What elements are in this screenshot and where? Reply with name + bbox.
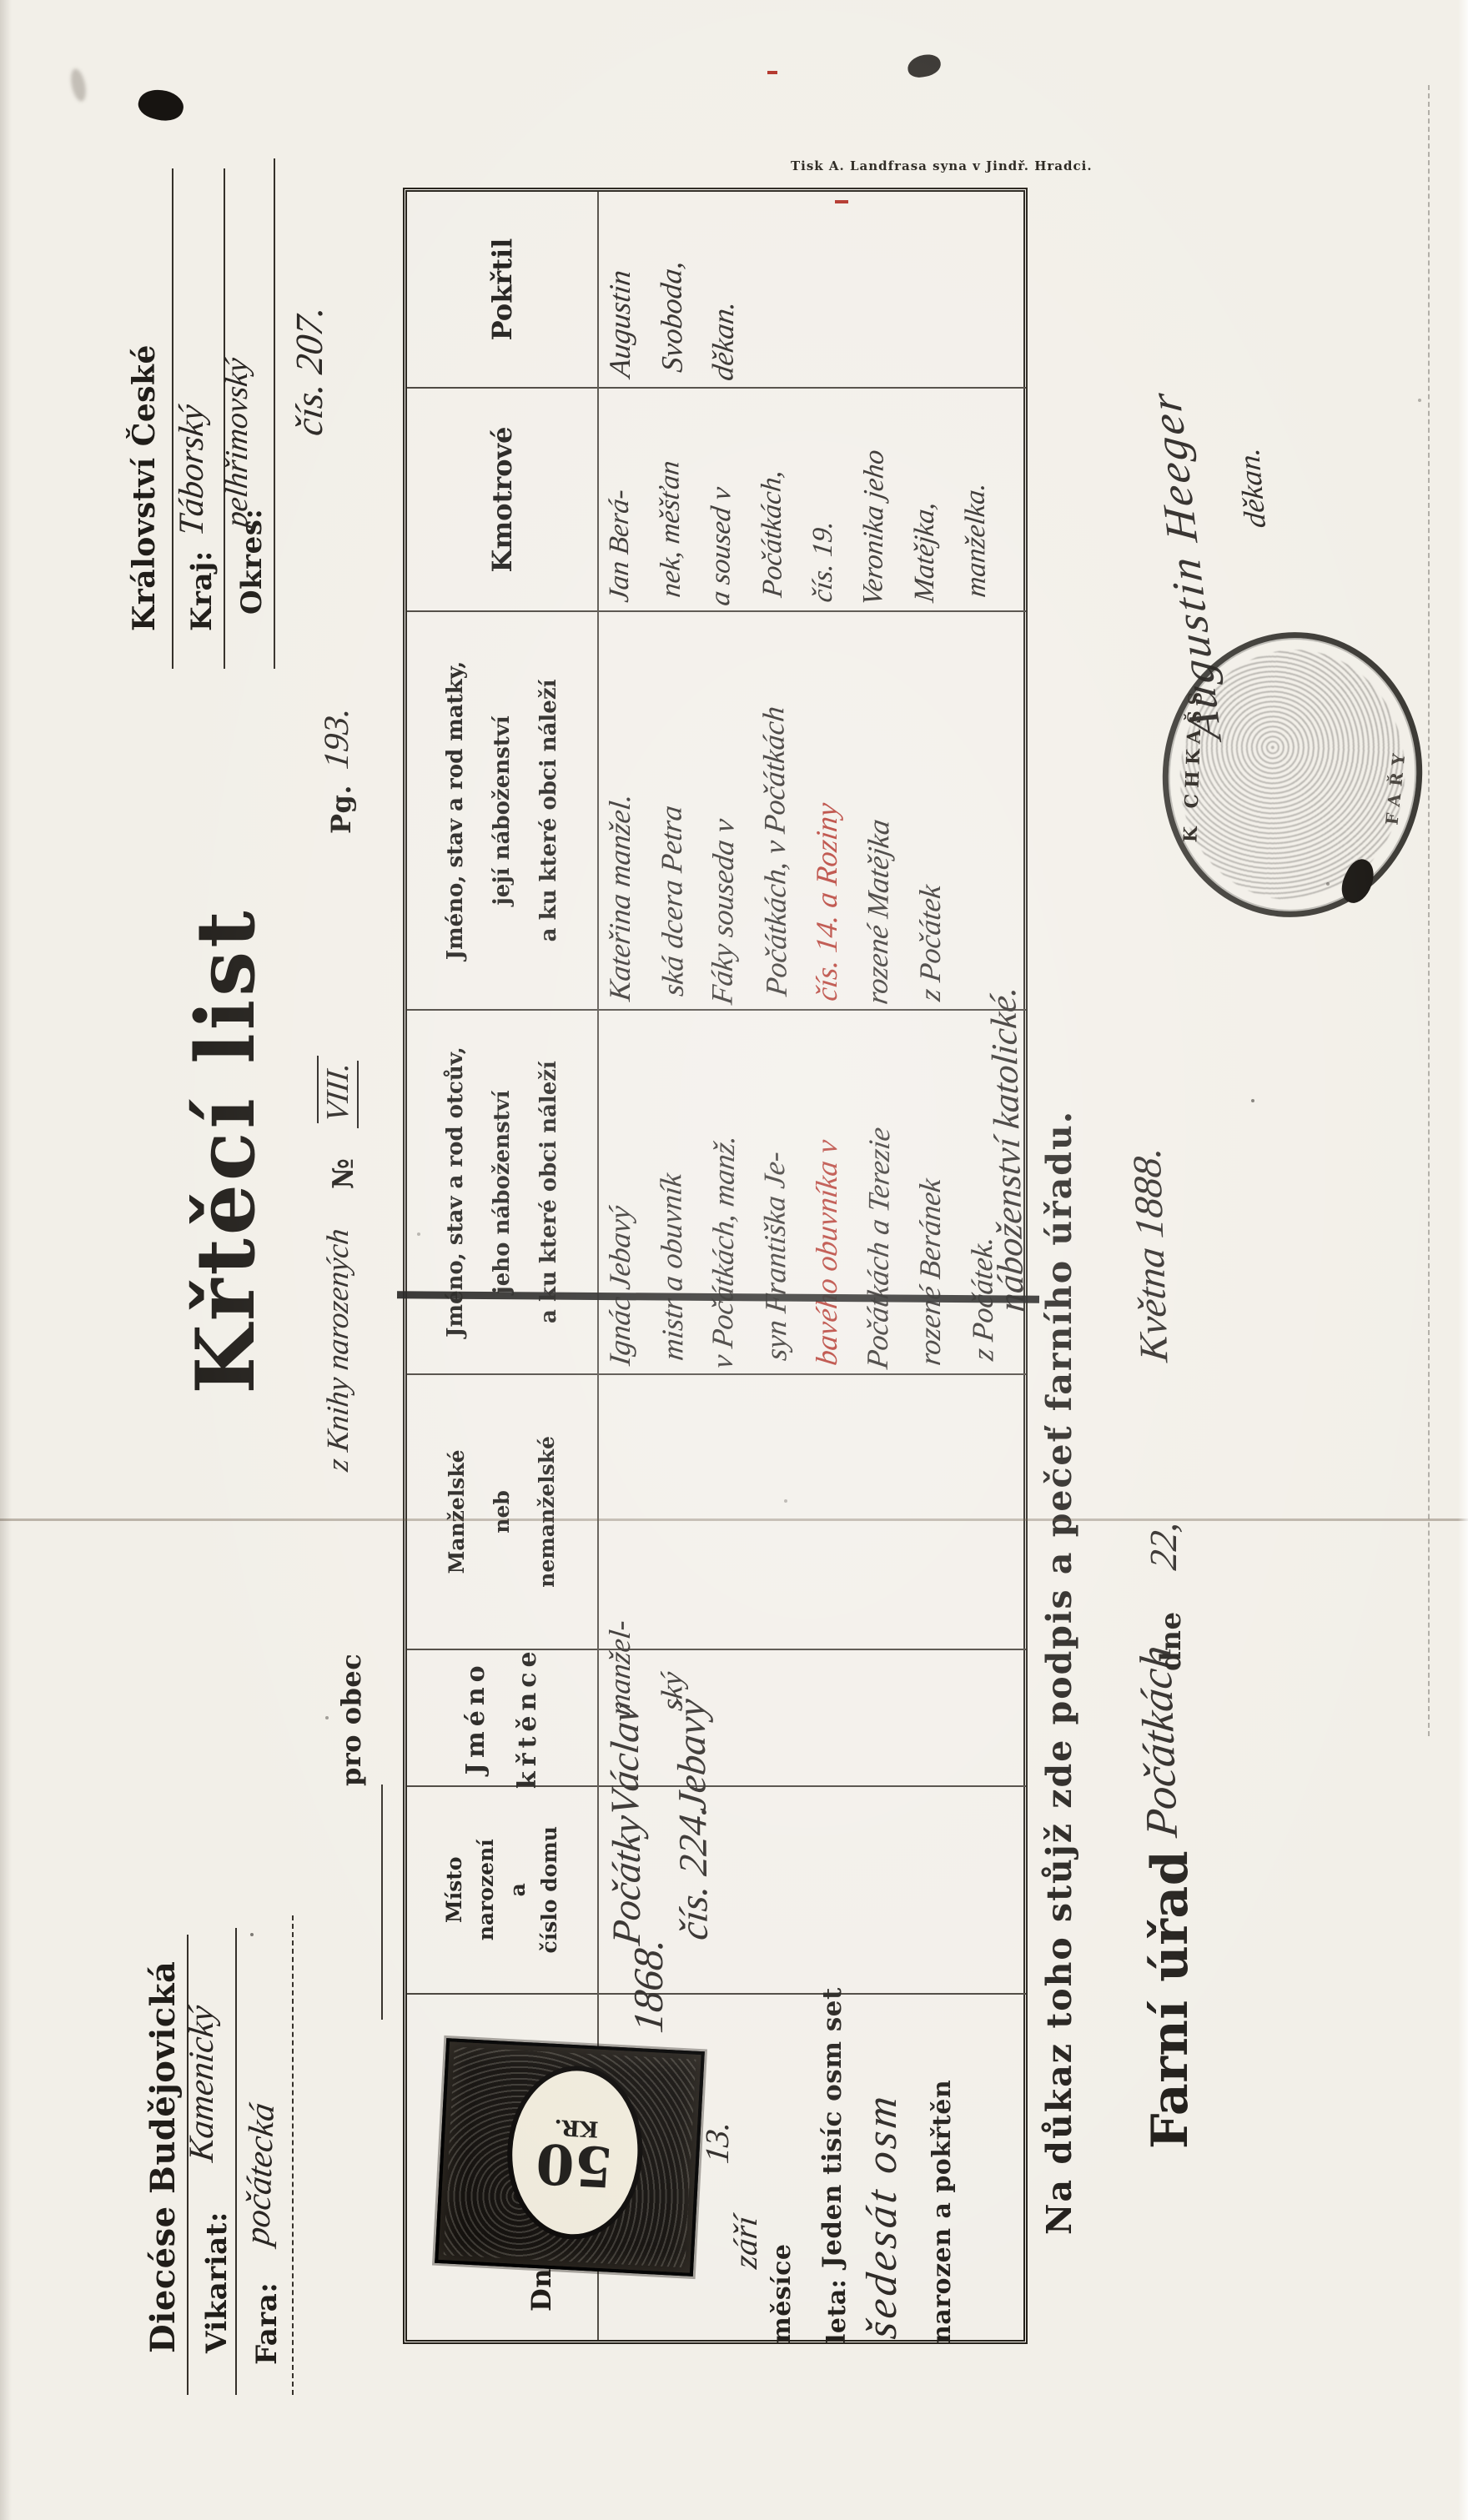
handwriting-line: v Počátkách, manž. [696, 1123, 751, 1372]
revenue-stamp-value-oval: 50 KR. [503, 2062, 647, 2242]
register-book-entry: z Knihy narozených [320, 1227, 356, 1473]
handwriting-line: Václav [592, 1700, 659, 1820]
obec-blank-rule [381, 1785, 383, 2020]
leta-entry: šedesát osm [857, 2091, 907, 2342]
signature-title: děkan. [1231, 446, 1273, 530]
handwriting-line: manželka. [949, 439, 1002, 600]
handwriting-line: rozené Matějka [851, 711, 905, 1008]
religion-note-entry: náboženství katolické. [982, 984, 1033, 1313]
column-header-pokrtil: Pokřtil [407, 192, 597, 389]
column-header-jmeno-krtence: Jméno křtěnce [407, 1650, 597, 1787]
handwriting-line: Veronika jeho [847, 446, 900, 610]
table-header-row: rok křtu Místo narození a číslo domu Jmé… [407, 192, 599, 2340]
cislo-entry: čís. 207. [287, 304, 331, 438]
handwriting-line: mistr a obuvník [644, 1116, 698, 1363]
fara-label: Fara: [250, 2282, 284, 2365]
footer-month-year-entry: Května 1888. [1124, 1145, 1178, 1364]
column-header-misto: Místo narození a číslo domu [407, 1787, 597, 1995]
numero-sign: № [327, 1158, 360, 1189]
handwriting-line: ská dcera Petra [644, 703, 699, 998]
handwriting-line: Ignác Jebavý [594, 1121, 646, 1368]
parish-seal: K CHKAŠS FAŘY [1149, 620, 1436, 931]
ink-smudge [135, 85, 186, 125]
mesice-entry: září [726, 2214, 765, 2271]
vikariat-rule [235, 1928, 237, 2395]
handwriting-line: a soused v [695, 446, 747, 610]
handwriting-line: čís. 224. [660, 1801, 728, 1944]
fara-rule [292, 1915, 294, 2395]
scanned-baptismal-certificate: Diecése Budějovická Vikariat: Kamenický … [0, 0, 1468, 2520]
pg-label: Pg. [325, 785, 357, 834]
paper-specks [250, 1933, 254, 1936]
printer-imprint: Tisk A. Landfrasa syna v Jindř. Hradci. [791, 158, 1093, 173]
handwriting-line: Jan Berá- [594, 444, 645, 605]
column-header-kmotrove: Kmotrové [407, 389, 597, 612]
handwriting-line: čís. 19. [797, 444, 848, 605]
pro-obec-label: pro obec [335, 1654, 367, 1786]
mesice-label: měsíce [767, 2244, 797, 2343]
pg-entry: 193. [317, 705, 357, 771]
kingdom-name: Království České [127, 344, 162, 631]
handwriting-line: nek, měšťan [644, 439, 696, 600]
handwriting-line: bavého obuvníka v [801, 1121, 852, 1368]
handwriting-line: Svoboda, [645, 258, 697, 374]
handwriting-line: syn Františka Je- [747, 1116, 802, 1363]
column-header-manzelske: Manželské neb nemanželské [407, 1375, 597, 1650]
red-ink-tick [835, 200, 848, 203]
father-entry-lines: Ignác Jebavýmistr a obuvníkv Počátkách, … [594, 1124, 1008, 1365]
godparents-entry-lines: Jan Berá-nek, měšťana soused vPočátkách,… [594, 446, 1001, 602]
revenue-stamp-50kr: 50 KR. [435, 2038, 705, 2277]
paper-specks-2 [1251, 1099, 1254, 1102]
ink-smudge-2 [906, 53, 943, 80]
fara-entry: počátecká [238, 2100, 283, 2247]
certification-sentence: Na důkaz toho stůjž zde podpis a pečeť f… [1039, 1110, 1079, 2235]
handwriting-line: rozené Beránek [904, 1121, 956, 1368]
fold-dashed-line [1428, 85, 1430, 1736]
handwriting-line: Počátkách a Terezie [852, 1123, 906, 1372]
kraj-label: Kraj: [185, 550, 219, 631]
handwriting-line: Počátky [594, 1806, 661, 1949]
handwriting-line: Počátkách, v Počátkách [747, 703, 802, 998]
fold-crease [0, 1519, 1468, 1521]
farni-urad-label: Farní úřad [1141, 1850, 1199, 2149]
handwriting-line: Fáky souseda v [696, 711, 750, 1008]
legitimacy-entry-lines: manžel-ský [594, 1620, 697, 1715]
handwriting-line: čís. 14. a Roziny [801, 708, 852, 1003]
document-title: Křtěcí list [178, 907, 273, 1393]
red-ink-tick-2 [767, 71, 777, 74]
mother-entry-lines: Kateřina manžel.ská dcera PetraFáky sous… [594, 711, 956, 1001]
dne-entry: 13. [697, 2119, 737, 2166]
parish-place-entry: Počátkách [1129, 1643, 1188, 1839]
column-header-matka: Jméno, stav a rod matky, její náboženstv… [407, 612, 597, 1011]
handwriting-line: Matějka, [899, 444, 950, 605]
child-name-entry-lines: VáclavJebavý [592, 1704, 726, 1815]
seal-text-bottom: FAŘY [1371, 649, 1420, 923]
handwriting-line: Augustin [594, 263, 646, 380]
birthplace-entry-lines: Počátkyčís. 224. [594, 1810, 727, 1945]
kraj-entry: Táborský [172, 403, 212, 538]
footer-day-entry: 22, [1141, 1519, 1185, 1572]
year-entry: 1868. [624, 1935, 672, 2036]
leta-label: leta: [822, 2279, 852, 2343]
footer-dne-label: dne [1154, 1611, 1188, 1671]
baptizer-entry-lines: AugustinSvoboda,děkan. [594, 266, 749, 377]
okres-entry: pelhřimovský [219, 356, 255, 530]
handwriting-line: Počátkách, [746, 439, 798, 600]
handwriting-line: z Počátek [904, 708, 956, 1003]
handwriting-line: ský [645, 1612, 697, 1713]
column-header-otec: Jméno, stav a rod otcův, jeho náboženstv… [407, 1011, 597, 1375]
faint-pencil-mark [68, 68, 88, 103]
handwriting-line: Kateřina manžel. [594, 708, 646, 1003]
handwriting-line: manžel- [594, 1617, 646, 1719]
rotated-document-content: Diecése Budějovická Vikariat: Kamenický … [0, 0, 1468, 2520]
diocese-name: Diecése Budějovická [143, 1961, 183, 2353]
book-number-entry: VIII. [317, 1056, 359, 1128]
vikariat-label: Vikariat: [200, 2211, 234, 2353]
vikariat-entry: Kamenický [182, 2003, 222, 2163]
okres-rule [274, 158, 275, 669]
leta-printed-text: Jeden tisíc osm set [817, 1987, 847, 2268]
narozen-label: narozen a pokřtěn [928, 2080, 957, 2343]
handwriting-line: děkan. [696, 265, 749, 384]
